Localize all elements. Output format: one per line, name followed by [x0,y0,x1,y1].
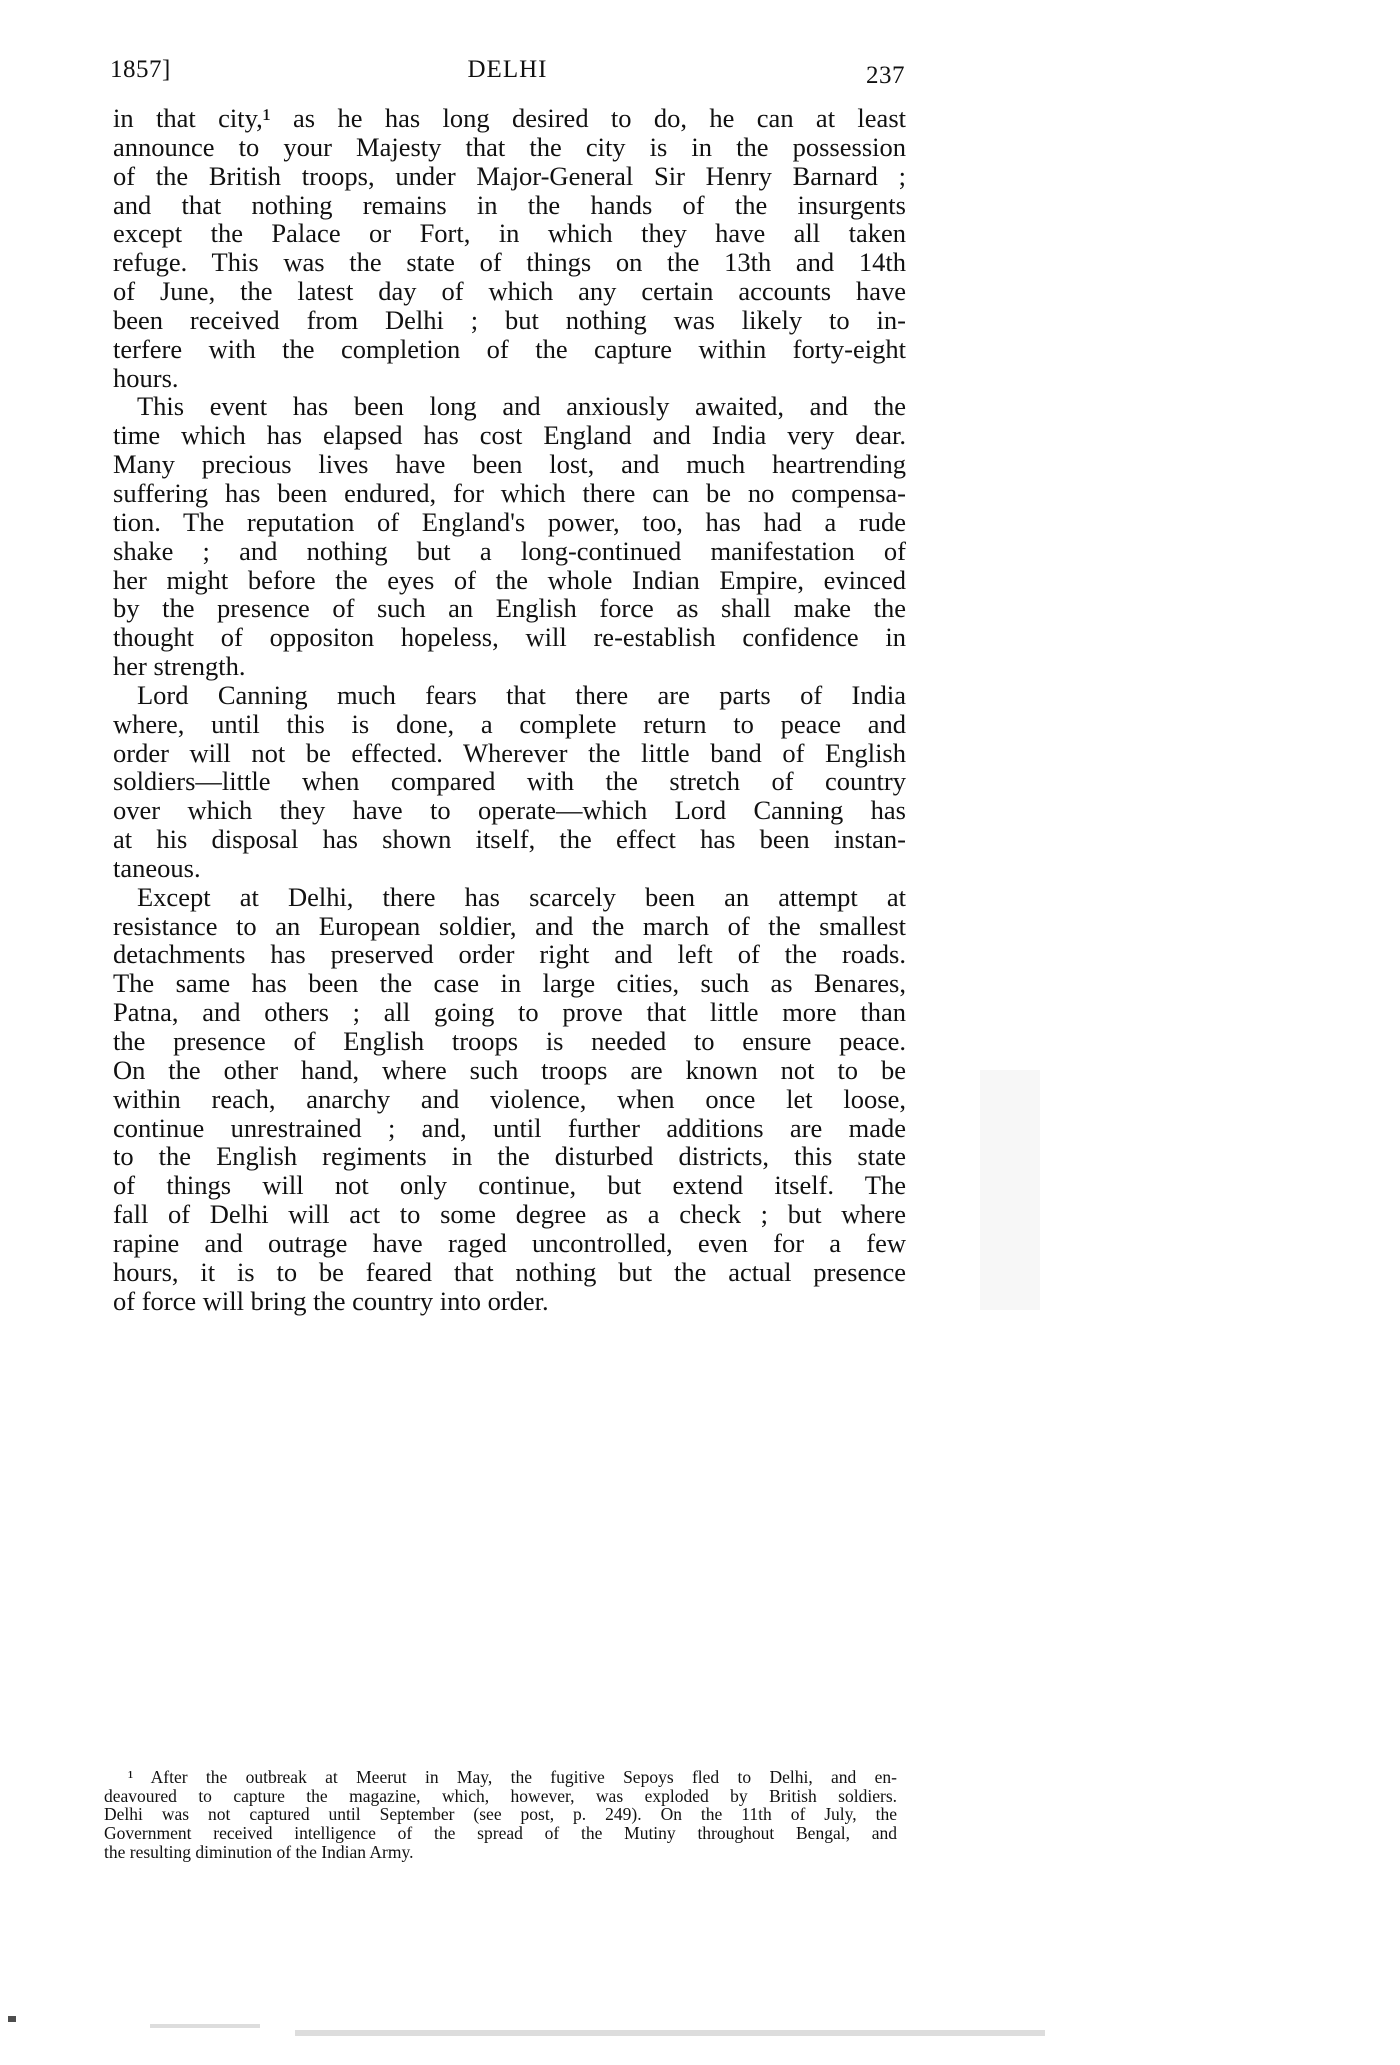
text-line: This event has been long and anxiously a… [113,392,906,421]
text-line: taneous. [113,854,906,883]
text-line: rapine and outrage have raged uncontroll… [113,1229,906,1258]
text-line: of things will not only continue, but ex… [113,1171,906,1200]
footnote: ¹ After the outbreak at Meerut in May, t… [104,1768,897,1861]
text-line: where, until this is done, a complete re… [113,710,906,739]
text-line: and that nothing remains in the hands of… [113,191,906,220]
text-line: of force will bring the country into ord… [113,1287,906,1316]
text-line: resistance to an European soldier, and t… [113,912,906,941]
text-line: Patna, and others ; all going to prove t… [113,998,906,1027]
text-line: Except at Delhi, there has scarcely been… [113,883,906,912]
scan-artifact [295,2030,1045,2036]
text-line: shake ; and nothing but a long-continued… [113,537,906,566]
text-line: over which they have to operate—which Lo… [113,796,906,825]
text-line: Many precious lives have been lost, and … [113,450,906,479]
text-line: at his disposal has shown itself, the ef… [113,825,906,854]
text-line: of June, the latest day of which any cer… [113,277,906,306]
text-line: suffering has been endured, for which th… [113,479,906,508]
text-line: refuge. This was the state of things on … [113,248,906,277]
scan-artifact [150,2024,260,2028]
text-line: The same has been the case in large citi… [113,969,906,998]
text-line: hours. [113,364,906,393]
text-line: been received from Delhi ; but nothing w… [113,306,906,335]
text-line: time which has elapsed has cost England … [113,421,906,450]
page-number: 237 [866,62,905,90]
text-line: order will not be effected. Wherever the… [113,739,906,768]
text-line: On the other hand, where such troops are… [113,1056,906,1085]
text-line: detachments has preserved order right an… [113,940,906,969]
text-line: deavoured to capture the magazine, which… [104,1787,897,1806]
text-line: terfere with the completion of the captu… [113,335,906,364]
text-line: announce to your Majesty that the city i… [113,133,906,162]
text-line: continue unrestrained ; and, until furth… [113,1114,906,1143]
text-line: within reach, anarchy and violence, when… [113,1085,906,1114]
text-line: to the English regiments in the disturbe… [113,1142,906,1171]
text-line: thought of oppositon hopeless, will re-e… [113,623,906,652]
body-text: in that city,¹ as he has long desired to… [113,104,906,1315]
text-line: fall of Delhi will act to some degree as… [113,1200,906,1229]
scan-artifact [8,2016,16,2022]
scan-artifact [980,1070,1040,1310]
text-line: Government received intelligence of the … [104,1824,897,1843]
text-line: the resulting diminution of the Indian A… [104,1843,897,1862]
text-line: ¹ After the outbreak at Meerut in May, t… [104,1768,897,1787]
text-line: hours, it is to be feared that nothing b… [113,1258,906,1287]
text-line: her might before the eyes of the whole I… [113,566,906,595]
text-line: Lord Canning much fears that there are p… [113,681,906,710]
text-line: her strength. [113,652,906,681]
text-line: by the presence of such an English force… [113,594,906,623]
text-line: in that city,¹ as he has long desired to… [113,104,906,133]
text-line: Delhi was not captured until September (… [104,1805,897,1824]
text-line: of the British troops, under Major-Gener… [113,162,906,191]
text-line: the presence of English troops is needed… [113,1027,906,1056]
text-line: tion. The reputation of England's power,… [113,508,906,537]
running-header: 1857] DELHI 237 [110,56,905,96]
book-page: 1857] DELHI 237 in that city,¹ as he has… [0,0,1050,2065]
header-title: DELHI [110,56,905,84]
text-line: except the Palace or Fort, in which they… [113,219,906,248]
text-line: soldiers—little when compared with the s… [113,767,906,796]
